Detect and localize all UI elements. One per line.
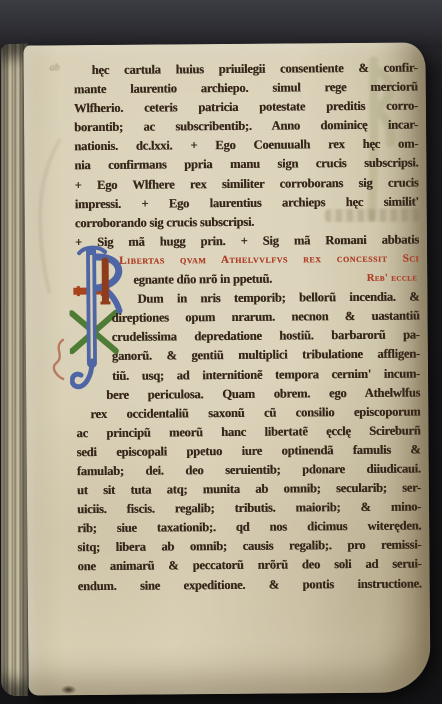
text-line: rex occidentaliũ saxonũ cũ consilio epis… [76,402,420,424]
stain-spot [60,685,76,694]
text-line-start: egnante dño nrõ in ppetuũ. [133,270,272,290]
faded-marginalia: ab [50,62,60,73]
text-block: hęc cartula huius priuilegii consentient… [74,58,422,595]
rubric-continuation: Reb' eccle [367,269,420,289]
text-line: nia confirmans ppria manu sign crucis su… [74,154,418,176]
text-line: tiũ. usq; ad internitionẽ tempora cernim… [76,364,420,386]
text-line: impressi. + Ego laurentius archieps hęc … [75,192,419,214]
text-line: + Ego Wlfhere rex similiter corroborans … [74,173,418,195]
text-line: bere periculosa. Quam obrem. ego Athelwl… [76,383,420,405]
text-line: one animarũ & peccatorũ nrõrũ deo soli a… [77,555,421,577]
text-line: endum. sine expeditione. & pontis instru… [78,574,422,596]
text-line: ac principũ meorũ hanc libertatẽ ęcclę S… [76,421,420,443]
manuscript-page: ab R hęc cartula huius priuilegii consen… [23,42,430,695]
margin-pencil-mark [26,133,71,303]
margin-flourish [48,337,70,381]
text-line: ganorũ. & gentiũ multiplici tribulatione… [76,345,420,367]
manuscript-photo: ab R hęc cartula huius priuilegii consen… [0,0,442,704]
text-line: + Sig mã hugg prin. + Sig mã Romani abba… [75,230,419,252]
book-binding [0,0,442,48]
